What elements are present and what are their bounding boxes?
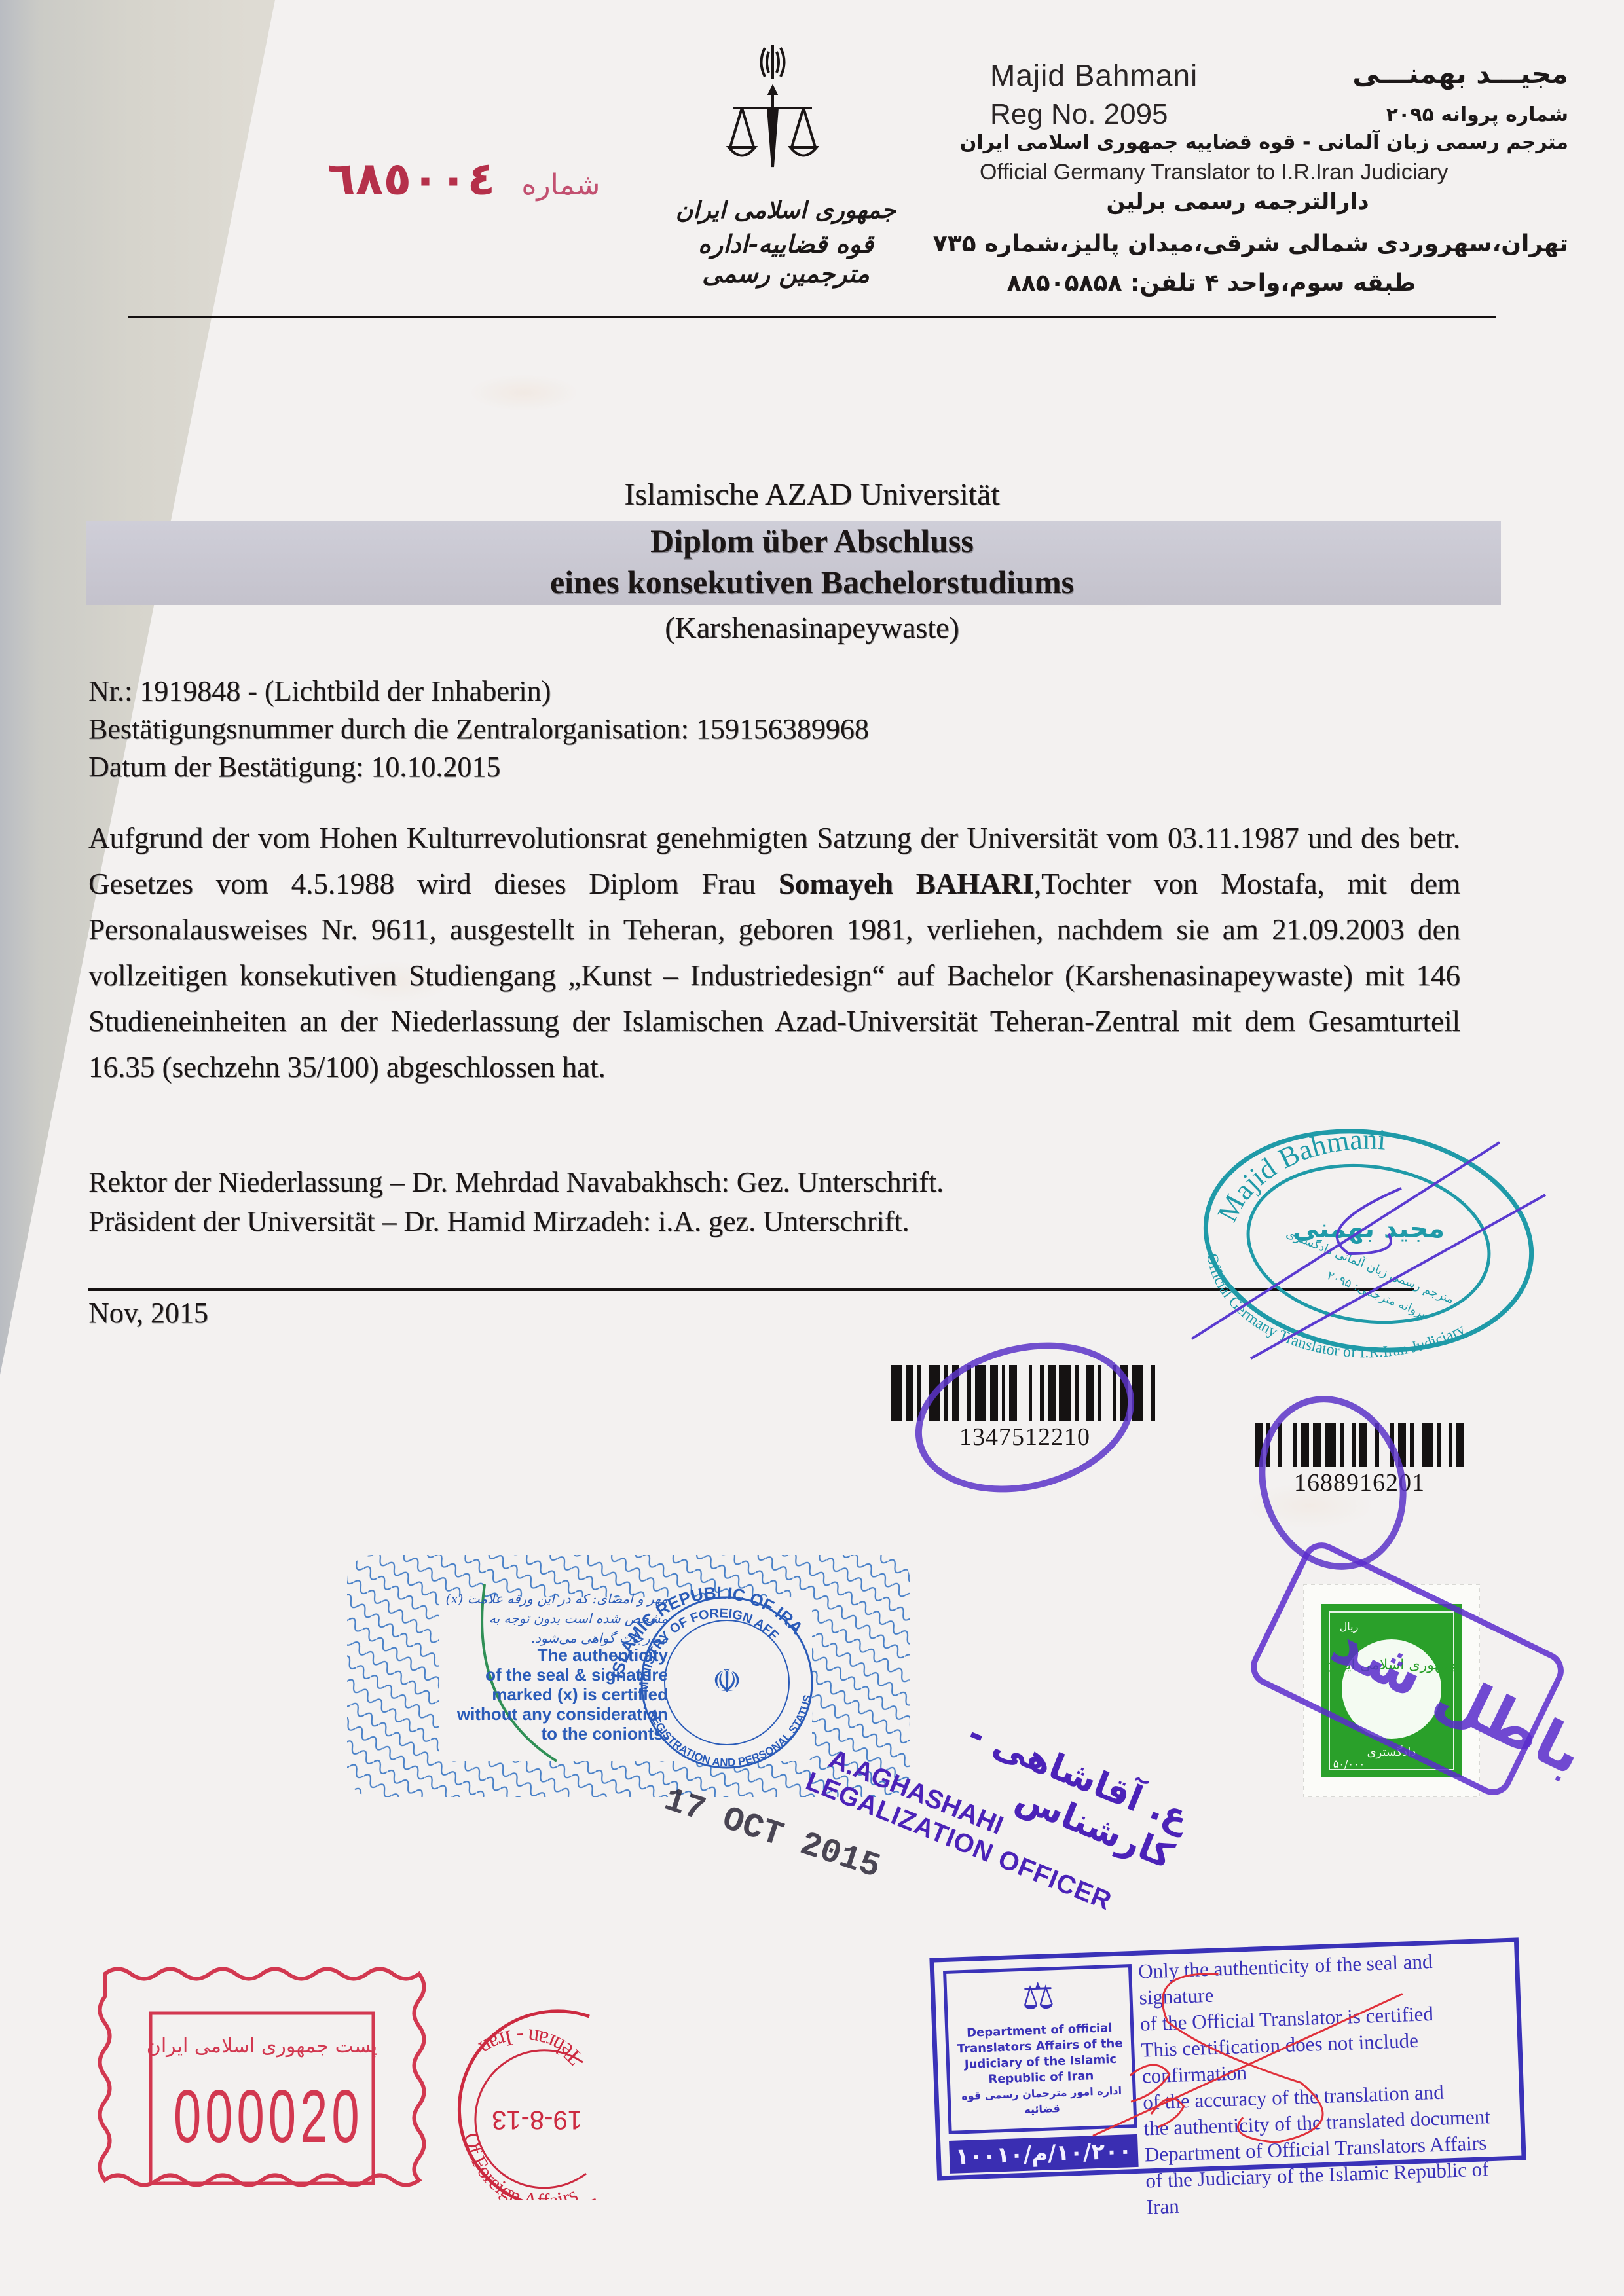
office-phone-fa: طبقه سوم،واحد ۴ تلفن: ۸۸۵۰۵۸۵۸ <box>799 270 1624 297</box>
translator-reg-no-en: Reg No. 2095 <box>990 98 1168 131</box>
document-date: Nov, 2015 <box>88 1296 208 1330</box>
diploma-title-line1: Diplom über Abschluss <box>0 522 1624 560</box>
postmark-ring-bottom: Of Foreign Affairs <box>460 2132 581 2200</box>
diploma-number: Nr.: 1919848 - (Lichtbild der Inhaberin) <box>88 674 551 708</box>
serial-label-fa: شماره <box>521 168 600 202</box>
university-name: Islamische AZAD Universität <box>0 477 1624 513</box>
translator-name-en: Majid Bahmani <box>990 58 1198 93</box>
office-address-fa: تهران،سهروردی شمالی شرقی،میدان پالیز،شما… <box>933 230 1568 257</box>
postage-meter-value: 000020 <box>174 2074 357 2160</box>
signature-rector: Rektor der Niederlassung – Dr. Mehrdad N… <box>88 1165 944 1199</box>
translator-seal-stamp: Majid Bahmani Official Germany Translato… <box>1192 1123 1545 1358</box>
diploma-title-line2: eines konsekutiven Bachelorstudiums <box>0 563 1624 601</box>
mfa-note-fa: مهر و امضای: که در این ورقه علامت (x) مش… <box>439 1589 668 1648</box>
gov-line2-fa: قوه قضاییه-اداره مترجمین رسمی <box>661 229 910 288</box>
diploma-subtitle: (Karshenasinapeywaste) <box>0 610 1624 645</box>
serial-number: ٦٨٥٠٠٤ <box>327 152 495 206</box>
mfa-note-en: The authenticity of the seal & signature… <box>419 1645 668 1743</box>
svg-text:☫: ☫ <box>712 1663 742 1700</box>
postmark-ring-top: Tehran - Iran <box>475 2024 587 2069</box>
gov-line1-fa: جمهوری اسلامی ایران <box>661 196 910 224</box>
translator-official-title-en: Official Germany Translator to I.R.Iran … <box>980 160 1449 185</box>
translator-title-fa: مترجم رسمی زبان آلمانی - قوه قضاییه جمهو… <box>960 131 1568 154</box>
postmark-stamp: Tehran - Iran Of Foreign Affairs 19-8-13 <box>432 1984 609 2200</box>
svg-text:Tehran - Iran: Tehran - Iran <box>475 2024 587 2069</box>
iran-emblem-scales-of-justice-icon <box>724 43 822 180</box>
serial-number-block: ٦٨٥٠٠٤ شماره <box>327 152 600 206</box>
judiciary-translators-stamp: ⚖ Department of official Translators Aff… <box>929 1937 1526 2180</box>
confirmation-number: Bestätigungsnummer durch die Zentralorga… <box>88 712 869 746</box>
translator-reg-no-fa: شماره پروانه ۲۰۹۵ <box>1386 103 1568 126</box>
diploma-body-text: Aufgrund der vom Hohen Kulturrevolutions… <box>88 815 1460 1090</box>
confirmation-date: Datum der Bestätigung: 10.10.2015 <box>88 750 500 784</box>
judiciary-office-heading-fa: جمهوری اسلامی ایران قوه قضاییه-اداره متر… <box>661 196 910 288</box>
svg-text:Of Foreign Affairs: Of Foreign Affairs <box>460 2132 581 2200</box>
revenue-value: ۵۰/۰۰۰ <box>1333 1758 1365 1770</box>
red-signature-scribble <box>929 1937 1526 2180</box>
letterhead-divider <box>128 316 1496 318</box>
holder-name: Somayeh BAHARI <box>779 867 1034 900</box>
signature-president: Präsident der Universität – Dr. Hamid Mi… <box>88 1205 910 1238</box>
translator-name-fa: مجيـــد بهمنـــی <box>1352 58 1568 90</box>
postmark-date: 19-8-13 <box>492 2105 582 2134</box>
postage-meter-top-fa: پست جمهوری اسلامی ایران <box>147 2035 377 2058</box>
translation-office-fa: دارالترجمه رسمی برلین <box>851 189 1624 215</box>
postage-meter-stamp: پست جمهوری اسلامی ایران 000020 <box>92 1961 432 2193</box>
